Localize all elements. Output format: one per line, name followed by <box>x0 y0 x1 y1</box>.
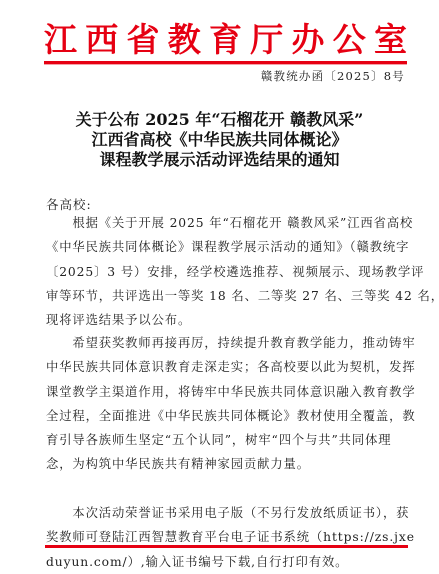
text-line: 根据《关于开展 2025 年“石榴花开 赣教风采”江西省高校 <box>46 211 408 235</box>
masthead-char: 省 <box>127 22 160 58</box>
text-line: 审等环节，共评选出一等奖 18 名、二等奖 27 名、三等奖 42 名， <box>46 284 408 308</box>
text-line: 本次活动荣誉证书采用电子版（不另行发放纸质证书），获 <box>46 501 408 525</box>
masthead-red-rule <box>44 61 407 64</box>
masthead-char: 育 <box>209 22 242 58</box>
masthead-char: 教 <box>168 22 201 58</box>
text-line: 〔2025〕3 号）安排，经学校遴选推荐、视频展示、现场教学评 <box>46 260 408 284</box>
masthead-char: 办 <box>292 22 325 58</box>
text-line: 课堂教学主渠道作用，将铸牢中华民族共同体意识融入教育教学 <box>46 380 408 404</box>
text-line: 念，为构筑中华民族共有精神家园贡献力量。 <box>46 452 408 476</box>
text-line: 育引导各族师生坚定“五个认同”，树牢“四个与共”共同体理 <box>46 428 408 452</box>
paragraph-results: 根据《关于开展 2025 年“石榴花开 赣教风采”江西省高校 《中华民族共同体概… <box>46 211 408 332</box>
masthead-char: 厅 <box>250 22 283 58</box>
text-line: 《中华民族共同体概论》课程教学展示活动的通知》（赣教统字 <box>46 235 408 259</box>
footer-red-rule <box>45 545 408 548</box>
text-line: 现将评选结果予以公布。 <box>46 308 408 332</box>
text-line: 全过程，全面推进《中华民族共同体概论》教材使用全覆盖，教 <box>46 404 408 428</box>
masthead-char: 西 <box>85 22 118 58</box>
masthead-char: 室 <box>374 22 407 58</box>
paragraph-certificates: 本次活动荣誉证书采用电子版（不另行发放纸质证书），获 奖教师可登陆江西智慧教育平… <box>46 501 408 574</box>
text-line: 希望获奖教师再接再厉，持续提升教育教学能力，推动铸牢 <box>46 331 408 355</box>
paragraph-expectations: 希望获奖教师再接再厉，持续提升教育教学能力，推动铸牢 中华民族共同体意识教育走深… <box>46 331 408 477</box>
text-line: 中华民族共同体意识教育走深走实；各高校要以此为契机，发挥 <box>46 355 408 379</box>
title-line-3: 课程教学展示活动评选结果的通知 <box>0 150 439 170</box>
text-line: duyun.com/）,输入证书编号下载,自行打印有效。 <box>46 550 408 574</box>
masthead-char: 江 <box>44 22 77 58</box>
issuing-office-masthead: 江 西 省 教 育 厅 办 公 室 <box>44 22 407 58</box>
masthead-char: 公 <box>333 22 366 58</box>
title-line-1: 关于公布 2025 年“石榴花开 赣教风采” <box>0 110 439 130</box>
title-line-2: 江西省高校《中华民族共同体概论》 <box>0 130 439 150</box>
document-title: 关于公布 2025 年“石榴花开 赣教风采” 江西省高校《中华民族共同体概论》 … <box>0 110 439 170</box>
document-number: 赣教统办函〔2025〕8号 <box>261 68 405 84</box>
